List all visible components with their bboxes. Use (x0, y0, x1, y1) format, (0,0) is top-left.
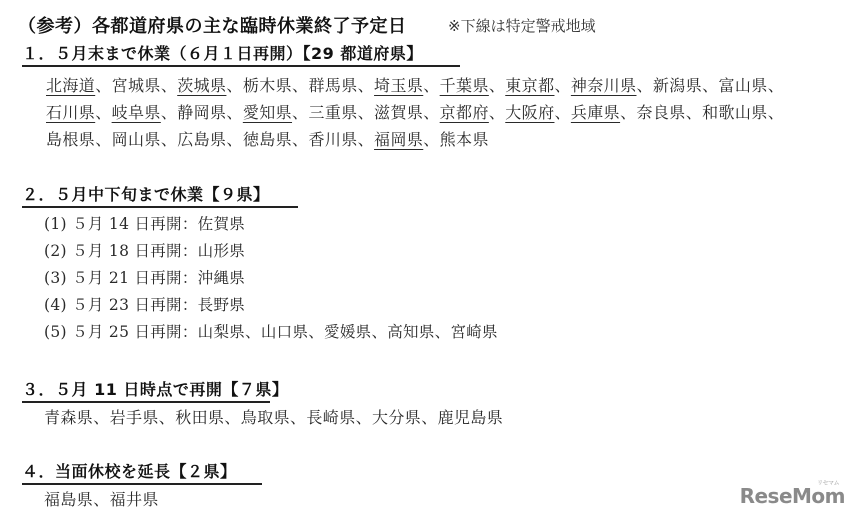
prefecture: 北海道 (46, 76, 95, 95)
logo-kana: リセマム (817, 478, 839, 487)
section-2-item-5: (5) ５月 25 日再開：山梨県、山口県、愛媛県、高知県、宮崎県 (44, 320, 498, 342)
section-2-item-3: (3) ５月 21 日再開：沖縄県 (44, 266, 245, 288)
prefecture: 埼玉県 (374, 76, 423, 95)
underline-note: ※下線は特定警戒地域 (448, 15, 596, 36)
separator: 、 (226, 130, 242, 149)
logo-text: ReseMom (740, 484, 845, 508)
separator: 、 (358, 103, 374, 122)
section-4-text: 福島県、福井県 (44, 487, 159, 510)
prefecture: 岐阜県 (112, 103, 161, 122)
prefecture: 群馬県 (308, 76, 357, 95)
prefecture: 新潟県 (653, 76, 702, 95)
separator: 、 (686, 103, 702, 122)
separator: 、 (423, 103, 439, 122)
prefecture: 和歌山県 (702, 103, 768, 122)
separator: 、 (636, 76, 652, 95)
section-2-item-1: (1) ５月 14 日再開：佐賀県 (44, 212, 245, 234)
section-3-text: 青森県、岩手県、秋田県、鳥取県、長崎県、大分県、鹿児島県 (44, 405, 503, 428)
section-3-heading: ３．５月 11 日時点で再開【７県】 (22, 377, 270, 403)
prefecture: 東京都 (505, 76, 554, 95)
prefecture: 徳島県 (243, 130, 292, 149)
separator: 、 (358, 76, 374, 95)
separator: 、 (702, 76, 718, 95)
separator: 、 (292, 76, 308, 95)
separator: 、 (95, 130, 111, 149)
separator: 、 (95, 76, 111, 95)
separator: 、 (161, 130, 177, 149)
separator: 、 (292, 130, 308, 149)
separator: 、 (620, 103, 636, 122)
prefecture: 兵庫県 (571, 103, 620, 122)
prefecture: 岡山県 (112, 130, 161, 149)
prefecture: 広島県 (177, 130, 226, 149)
resemom-logo: ReseMom リセマム (740, 484, 845, 508)
separator: 、 (226, 76, 242, 95)
prefecture: 福岡県 (374, 130, 423, 149)
prefecture: 千葉県 (440, 76, 489, 95)
section-1-row-1: 北海道、宮城県、茨城県、栃木県、群馬県、埼玉県、千葉県、東京都、神奈川県、新潟県… (46, 73, 784, 96)
prefecture: 京都府 (440, 103, 489, 122)
prefecture: 茨城県 (177, 76, 226, 95)
section-2-item-4: (4) ５月 23 日再開：長野県 (44, 293, 245, 315)
prefecture: 三重県 (308, 103, 357, 122)
separator: 、 (554, 76, 570, 95)
prefecture: 神奈川県 (571, 76, 637, 95)
separator: 、 (489, 76, 505, 95)
section-4-heading: ４．当面休校を延長【２県】 (22, 459, 262, 485)
prefecture: 静岡県 (177, 103, 226, 122)
separator: 、 (768, 76, 784, 95)
separator: 、 (554, 103, 570, 122)
prefecture: 奈良県 (636, 103, 685, 122)
separator: 、 (358, 130, 374, 149)
separator: 、 (768, 103, 784, 122)
separator: 、 (292, 103, 308, 122)
section-1-heading: １．５月末まで休業（６月１日再開）【29 都道府県】 (22, 41, 460, 67)
page-title: （参考）各都道府県の主な臨時休業終了予定日 (18, 12, 407, 38)
prefecture: 熊本県 (440, 130, 489, 149)
prefecture: 石川県 (46, 103, 95, 122)
prefecture: 香川県 (308, 130, 357, 149)
prefecture: 滋賀県 (374, 103, 423, 122)
separator: 、 (423, 130, 439, 149)
separator: 、 (489, 103, 505, 122)
separator: 、 (226, 103, 242, 122)
prefecture: 愛知県 (243, 103, 292, 122)
separator: 、 (423, 76, 439, 95)
section-1-row-2: 石川県、岐阜県、静岡県、愛知県、三重県、滋賀県、京都府、大阪府、兵庫県、奈良県、… (46, 100, 784, 123)
section-2-item-2: (2) ５月 18 日再開：山形県 (44, 239, 245, 261)
separator: 、 (95, 103, 111, 122)
prefecture: 栃木県 (243, 76, 292, 95)
prefecture: 大阪府 (505, 103, 554, 122)
section-1-row-3: 島根県、岡山県、広島県、徳島県、香川県、福岡県、熊本県 (46, 127, 489, 150)
section-2-heading: ２．５月中下旬まで休業【９県】 (22, 182, 298, 208)
separator: 、 (161, 76, 177, 95)
prefecture: 宮城県 (112, 76, 161, 95)
prefecture: 島根県 (46, 130, 95, 149)
prefecture: 富山県 (719, 76, 768, 95)
separator: 、 (161, 103, 177, 122)
